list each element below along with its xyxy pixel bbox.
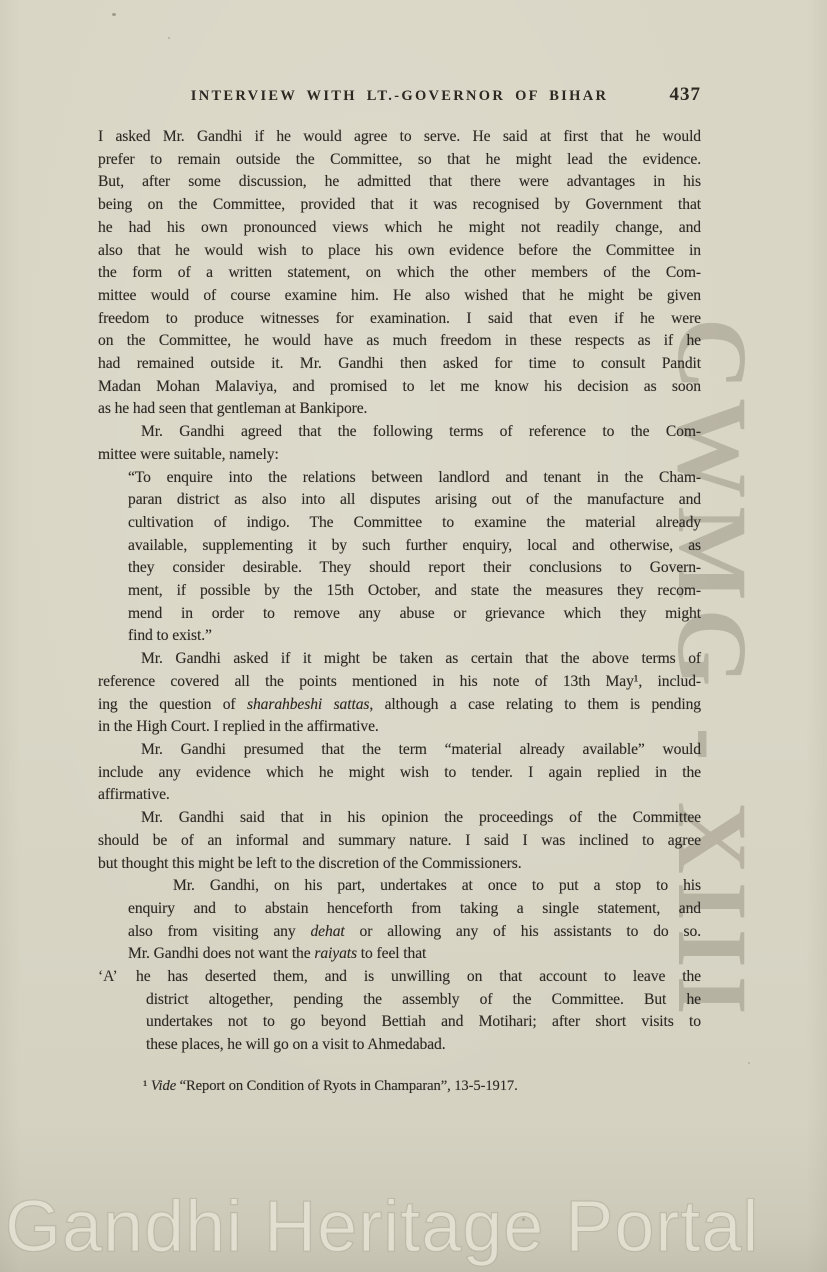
text-line: he has deserted them, and is unwilling o… bbox=[146, 966, 701, 989]
quote-block: “To enquire into the relations between l… bbox=[128, 467, 701, 649]
text-line: also that he would wish to place his own… bbox=[98, 240, 701, 263]
annotated-block: ‘A’he has deserted them, and is unwillin… bbox=[146, 966, 701, 1057]
paper-speck bbox=[522, 1218, 525, 1221]
text-line: “To enquire into the relations between l… bbox=[128, 467, 701, 490]
text-line: find to exist.” bbox=[128, 625, 701, 648]
page-number: 437 bbox=[670, 84, 702, 106]
paragraph-block: Mr. Gandhi presumed that the term “mater… bbox=[98, 739, 701, 807]
text-line: prefer to remain outside the Committee, … bbox=[98, 149, 701, 172]
text-line: he had his own pronounced views which he… bbox=[98, 217, 701, 240]
text-line: the form of a written statement, on whic… bbox=[98, 262, 701, 285]
text-line: should be of an informal and summary nat… bbox=[98, 830, 701, 853]
text-line: but thought this might be left to the di… bbox=[98, 853, 701, 876]
text-line: mend in order to remove any abuse or gri… bbox=[128, 603, 701, 626]
paragraph-block: Mr. Gandhi asked if it might be taken as… bbox=[98, 648, 701, 739]
text-line: also from visiting any dehat or allowing… bbox=[128, 921, 701, 944]
text-line: I asked Mr. Gandhi if he would agree to … bbox=[98, 126, 701, 149]
text-line: include any evidence which he might wish… bbox=[98, 762, 701, 785]
text-line: paran district as also into all disputes… bbox=[128, 489, 701, 512]
text-line: But, after some discussion, he admitted … bbox=[98, 171, 701, 194]
paragraph-block: Mr. Gandhi agreed that the following ter… bbox=[98, 421, 701, 466]
text-line: reference covered all the points mention… bbox=[98, 671, 701, 694]
text-line: ing the question of sharahbeshi sattas, … bbox=[98, 694, 701, 717]
text-line: Mr. Gandhi presumed that the term “mater… bbox=[98, 739, 701, 762]
text-line: Mr. Gandhi asked if it might be taken as… bbox=[98, 648, 701, 671]
scanned-book-page: CWMG - XIII Gandhi Heritage Portal INTER… bbox=[0, 0, 827, 1272]
page-text-body: I asked Mr. Gandhi if he would agree to … bbox=[98, 126, 701, 1098]
text-line: they consider desirable. They should rep… bbox=[128, 557, 701, 580]
text-line: had remained outside it. Mr. Gandhi then… bbox=[98, 353, 701, 376]
text-line: Mr. Gandhi, on his part, undertakes at o… bbox=[128, 875, 701, 898]
text-line: Mr. Gandhi agreed that the following ter… bbox=[98, 421, 701, 444]
margin-annotation: ‘A’ bbox=[98, 966, 118, 989]
text-line: in the High Court. I replied in the affi… bbox=[98, 716, 701, 739]
footnote-block: ¹ Vide “Report on Condition of Ryots in … bbox=[98, 1075, 701, 1098]
indented-block: Mr. Gandhi, on his part, undertakes at o… bbox=[128, 875, 701, 966]
text-line: Mr. Gandhi said that in his opinion the … bbox=[98, 807, 701, 830]
text-line: mittee would of course examine him. He a… bbox=[98, 285, 701, 308]
text-line: available, supplementing it by such furt… bbox=[128, 535, 701, 558]
text-line: as he had seen that gentleman at Bankipo… bbox=[98, 398, 701, 421]
paper-speck bbox=[112, 13, 116, 16]
text-line: mittee were suitable, namely: bbox=[98, 444, 701, 467]
text-line: ment, if possible by the 15th October, a… bbox=[128, 580, 701, 603]
text-line: on the Committee, he would have as much … bbox=[98, 330, 701, 353]
text-line: enquiry and to abstain henceforth from t… bbox=[128, 898, 701, 921]
text-line: freedom to produce witnesses for examina… bbox=[98, 308, 701, 331]
text-line: affirmative. bbox=[98, 784, 701, 807]
running-head-title: INTERVIEW WITH LT.-GOVERNOR OF BIHAR bbox=[98, 88, 701, 105]
text-line: district altogether, pending the assembl… bbox=[146, 989, 701, 1012]
text-line: being on the Committee, provided that it… bbox=[98, 194, 701, 217]
paragraph-block: I asked Mr. Gandhi if he would agree to … bbox=[98, 126, 701, 421]
paragraph-block: Mr. Gandhi said that in his opinion the … bbox=[98, 807, 701, 875]
paper-speck bbox=[748, 1062, 750, 1064]
watermark-gandhi-heritage-portal: Gandhi Heritage Portal bbox=[5, 1186, 759, 1268]
text-line: cultivation of indigo. The Committee to … bbox=[128, 512, 701, 535]
text-line: ¹ Vide “Report on Condition of Ryots in … bbox=[98, 1075, 701, 1098]
text-line: these places, he will go on a visit to A… bbox=[146, 1034, 701, 1057]
text-line: Mr. Gandhi does not want the raiyats to … bbox=[128, 943, 701, 966]
text-line: undertakes not to go beyond Bettiah and … bbox=[146, 1011, 701, 1034]
running-head: INTERVIEW WITH LT.-GOVERNOR OF BIHAR 437 bbox=[98, 88, 701, 112]
paper-speck bbox=[168, 37, 170, 39]
text-line: Madan Mohan Malaviya, and promised to le… bbox=[98, 376, 701, 399]
